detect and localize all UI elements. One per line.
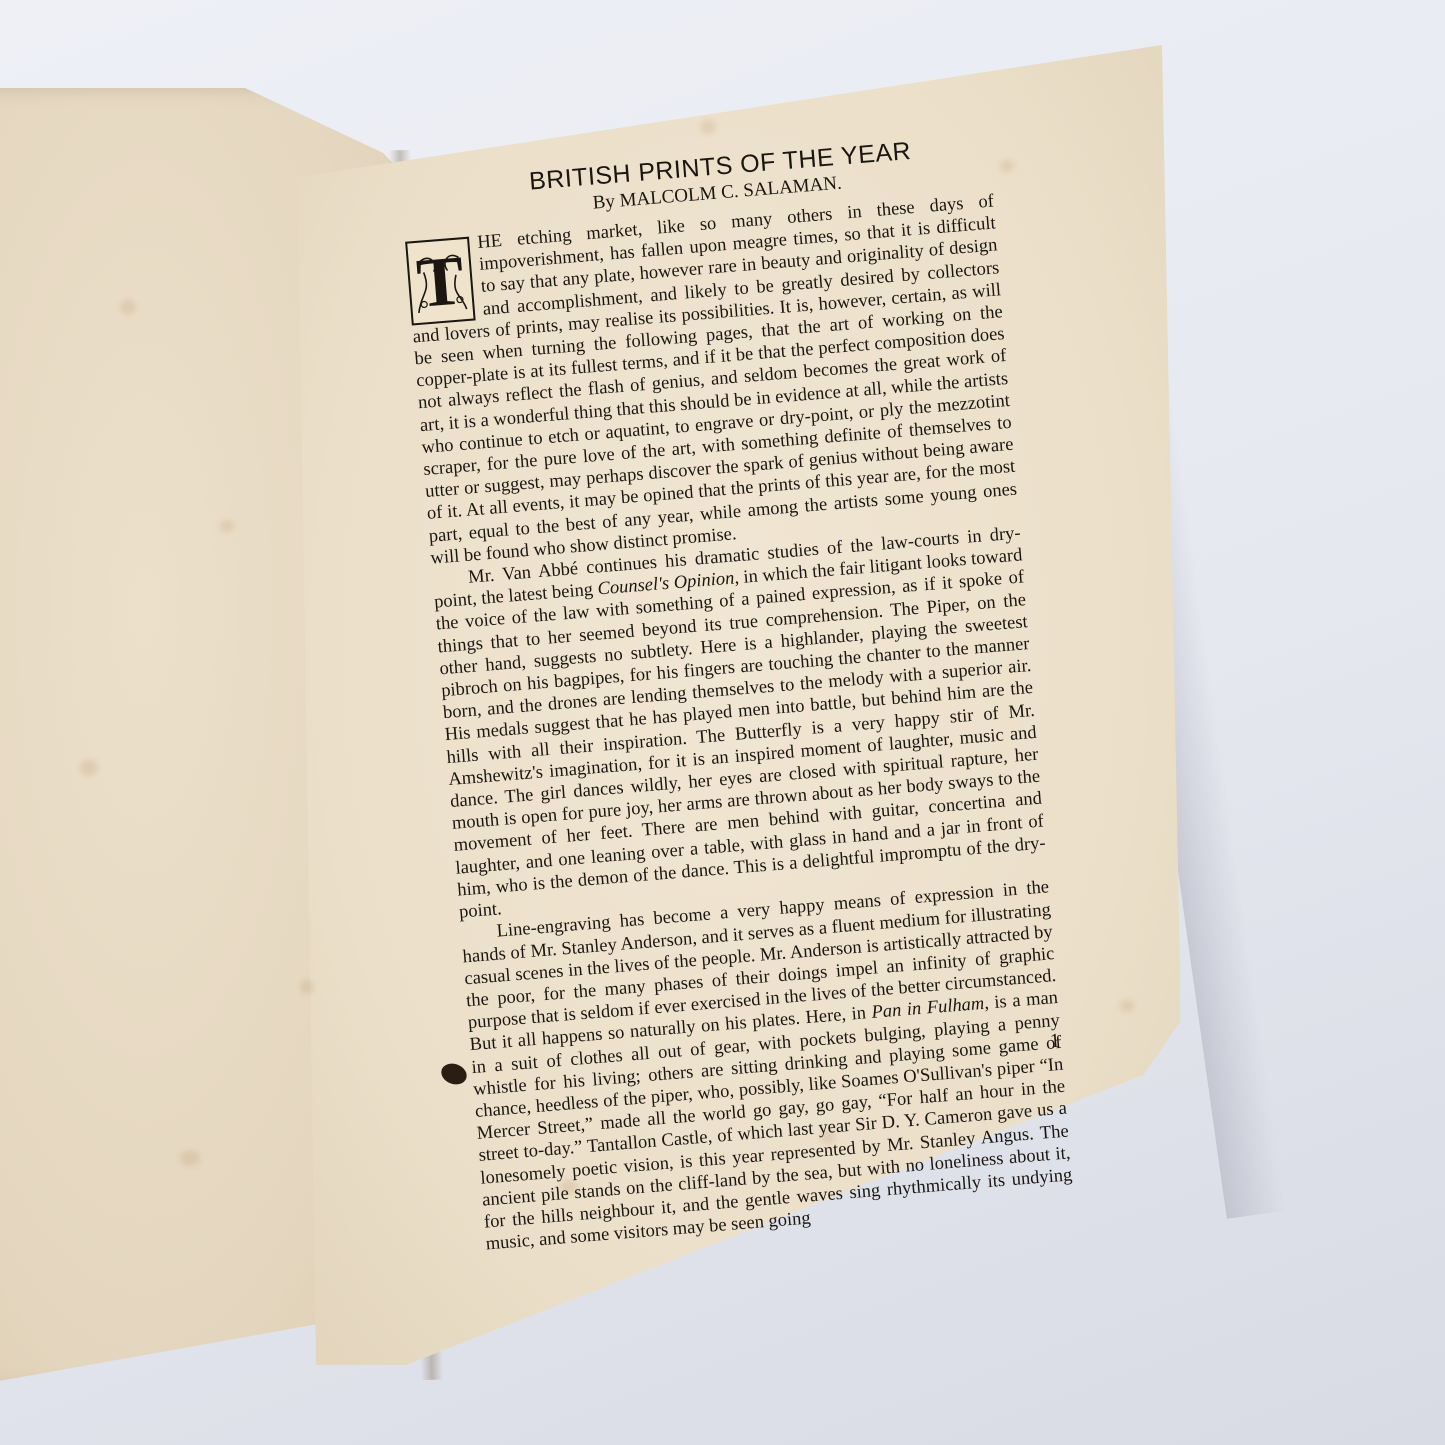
paragraph-3: Line-engraving has become a very happy m… — [460, 877, 1075, 1256]
foxing-spot — [180, 1150, 200, 1166]
article-body: T HE etching market, like so many others… — [405, 190, 1075, 1255]
foxing-spot — [220, 520, 234, 532]
drop-cap-letter: T — [407, 241, 473, 326]
article: BRITISH PRINTS OF THE YEAR By MALCOLM C.… — [400, 131, 1075, 1256]
paragraph-1: T HE etching market, like so many others… — [405, 190, 1020, 569]
foxing-spot — [700, 120, 716, 134]
ornamental-drop-cap: T — [405, 237, 476, 326]
foxing-spot — [1120, 1000, 1134, 1012]
paragraph-1-text: HE etching market, like so many others i… — [412, 191, 1018, 568]
paragraph-2: Mr. Van Abbé continues his dramatic stud… — [432, 522, 1049, 923]
foxing-spot — [80, 760, 98, 776]
foxing-spot — [120, 300, 136, 314]
foxing-spot — [1000, 160, 1014, 172]
foxing-spot — [300, 980, 314, 994]
page-number: 1 — [1049, 1030, 1061, 1054]
